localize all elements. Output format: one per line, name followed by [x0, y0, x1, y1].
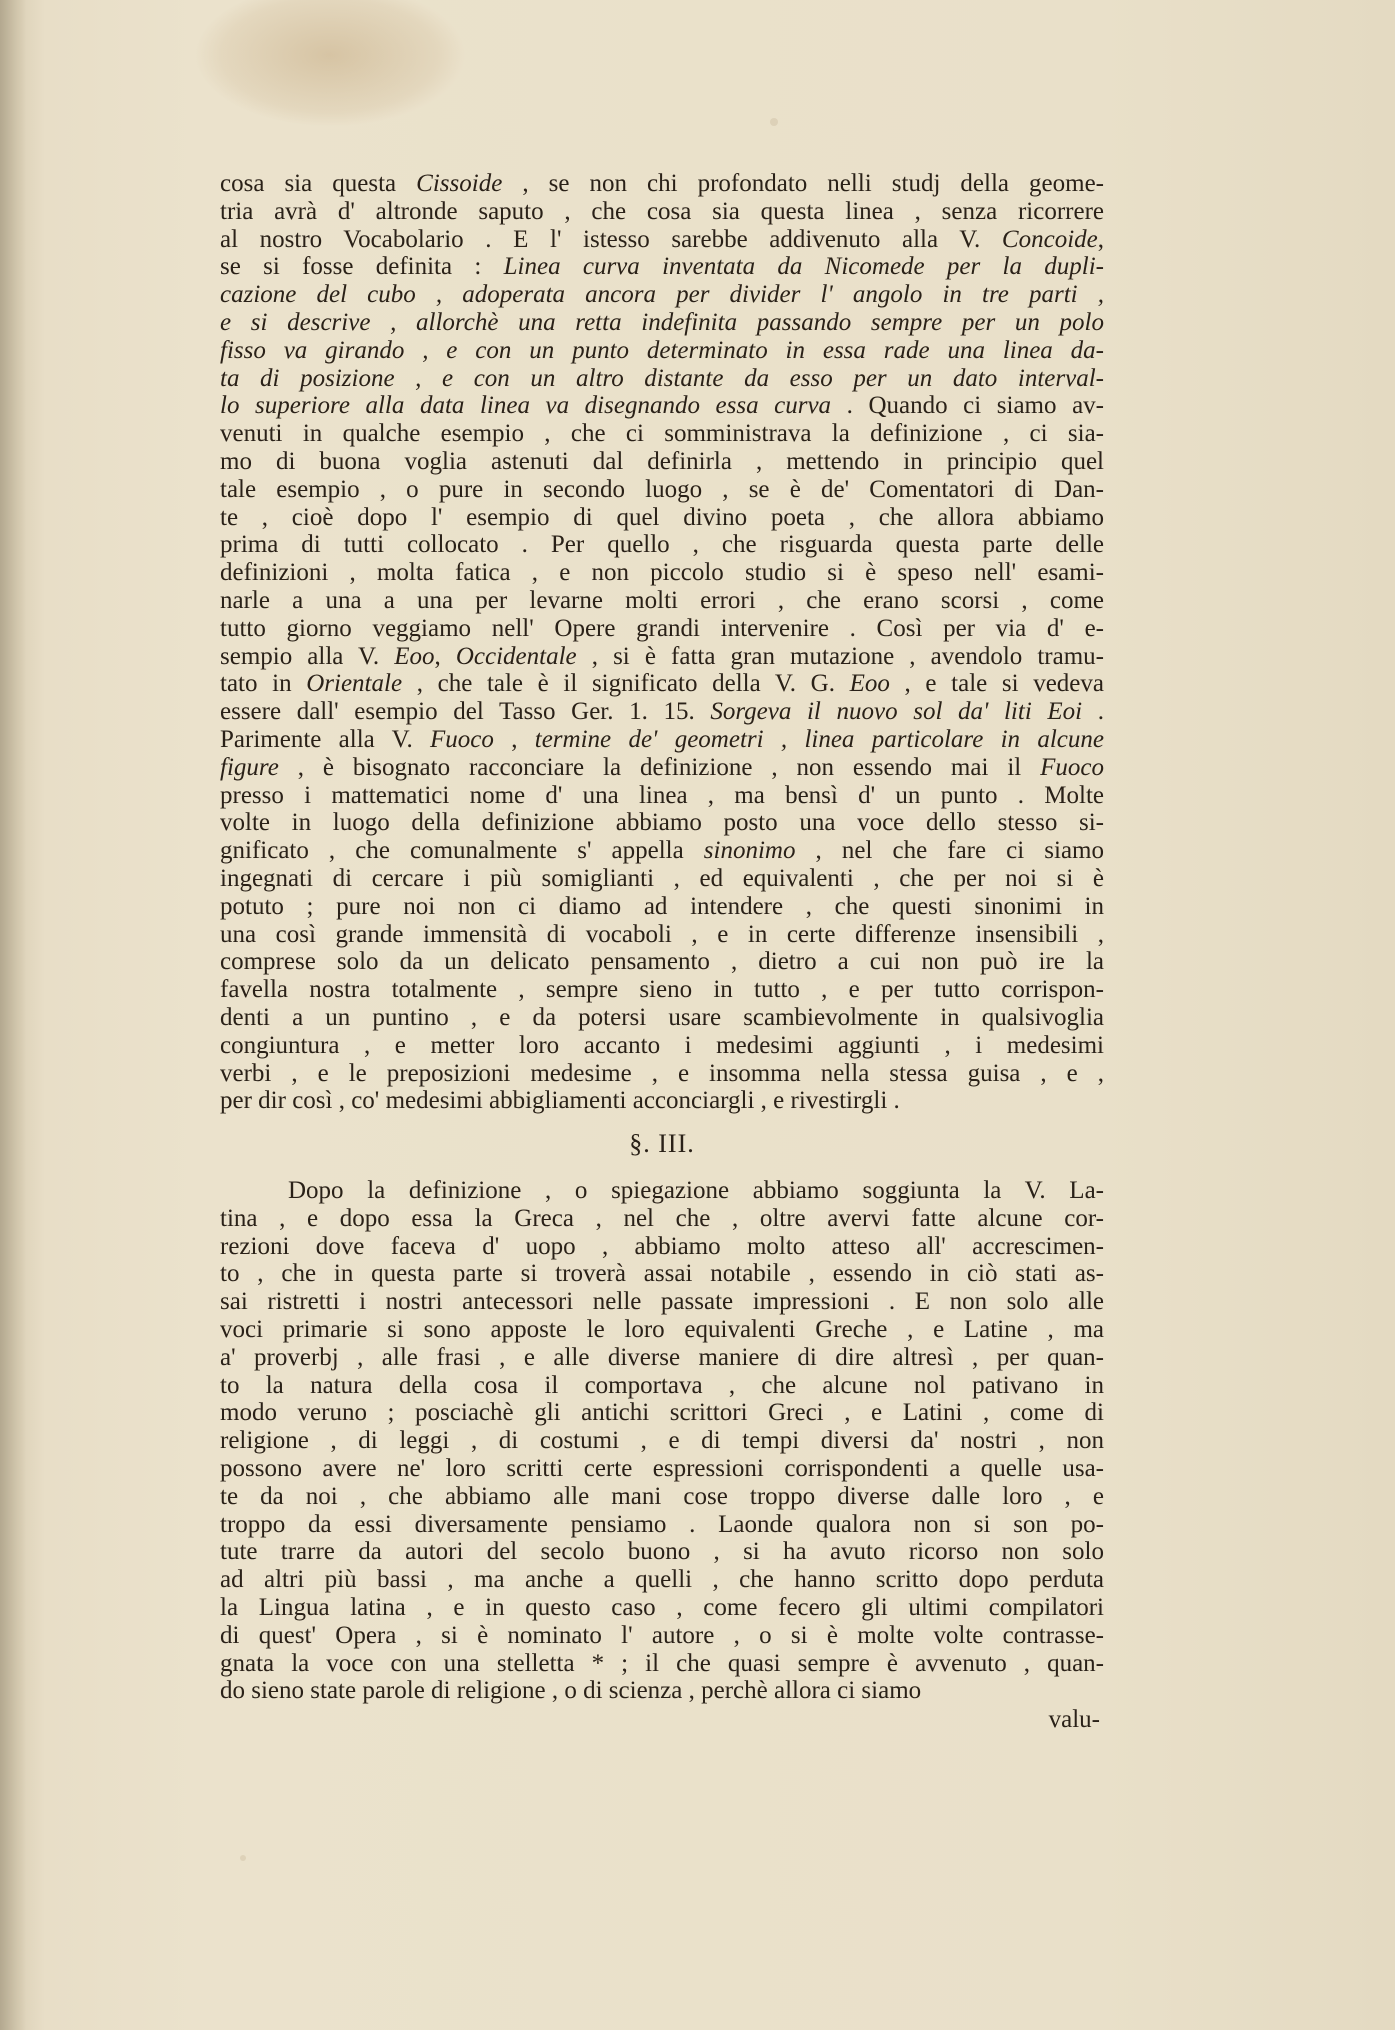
text-line: denti a un puntino , e da potersi usare … [220, 1004, 1104, 1032]
paragraph-section-3: Dopo la definizione , o spiegazione abbi… [220, 1177, 1104, 1705]
text-line: tale esempio , o pure in secondo luogo ,… [220, 476, 1104, 504]
italic-text: Fuoco [1040, 754, 1104, 781]
text-run: a' proverbj , alle frasi , e alle divers… [220, 1344, 1104, 1371]
text-line: ad altri più bassi , ma anche a quelli ,… [220, 1566, 1104, 1594]
text-line: narle a una a una per levarne molti erro… [220, 587, 1104, 615]
text-run: do sieno state parole di religione , o d… [220, 1677, 921, 1704]
text-run: , [435, 643, 456, 670]
text-line: a' proverbj , alle frasi , e alle divers… [220, 1344, 1104, 1372]
italic-text: Eoo [394, 643, 434, 670]
text-line: voci primarie si sono apposte le loro eq… [220, 1316, 1104, 1344]
text-line: e si descrive , allorchè una retta indef… [220, 309, 1104, 337]
text-line: sempio alla V. Eoo, Occidentale , si è f… [220, 643, 1104, 671]
text-line: tutto giorno veggiamo nell' Opere grandi… [220, 615, 1104, 643]
text-line: tina , e dopo essa la Greca , nel che , … [220, 1205, 1104, 1233]
text-line: do sieno state parole di religione , o d… [220, 1677, 1104, 1705]
text-line: gnata la voce con una stelletta * ; il c… [220, 1650, 1104, 1678]
text-line: ta di posizione , e con un altro distant… [220, 365, 1104, 393]
text-run: tale esempio , o pure in secondo luogo ,… [220, 476, 1104, 503]
text-line: la Lingua latina , e in questo caso , co… [220, 1594, 1104, 1622]
text-run: mo di buona voglia astenuti dal definirl… [220, 448, 1104, 475]
text-line: to la natura della cosa il comportava , … [220, 1372, 1104, 1400]
text-line: gnificato , che comunalmente s' appella … [220, 837, 1104, 865]
text-run: sempio alla V. [220, 643, 394, 670]
text-line: sai ristretti i nostri antecessori nelle… [220, 1288, 1104, 1316]
text-run: rezioni dove faceva d' uopo , abbiamo mo… [220, 1233, 1104, 1260]
binding-edge [0, 0, 26, 2030]
text-run: gnata la voce con una stelletta * ; il c… [220, 1650, 1104, 1677]
italic-text: ta di posizione , e con un altro distant… [220, 365, 1104, 392]
text-line: Dopo la definizione , o spiegazione abbi… [220, 1177, 1104, 1205]
text-run: modo veruno ; posciachè gli antichi scri… [220, 1399, 1104, 1426]
text-run: tute trarre da autori del secolo buono ,… [220, 1538, 1104, 1565]
text-run: tina , e dopo essa la Greca , nel che , … [220, 1205, 1104, 1232]
text-run: to la natura della cosa il comportava , … [220, 1372, 1104, 1399]
catchword: valu- [220, 1705, 1104, 1735]
text-run: potuto ; pure noi non ci diamo ad intend… [220, 893, 1104, 920]
text-run: , che tale è il significato della V. G. [402, 670, 850, 697]
text-run: definizioni , molta fatica , e non picco… [220, 559, 1104, 586]
foxing-spot [240, 1855, 246, 1861]
text-run: . Quando ci siamo av- [831, 392, 1104, 419]
text-run: sai ristretti i nostri antecessori nelle… [220, 1288, 1104, 1315]
italic-text: termine de' geometri , linea particolare… [535, 726, 1104, 753]
text-run: al nostro Vocabolario . E l' istesso sar… [220, 226, 1002, 253]
text-line: te , cioè dopo l' esempio di quel divino… [220, 504, 1104, 532]
text-run: per dir così , co' medesimi abbigliament… [220, 1087, 900, 1114]
text-run: congiuntura , e metter loro accanto i me… [220, 1032, 1104, 1059]
text-run: la Lingua latina , e in questo caso , co… [220, 1594, 1104, 1621]
text-run: favella nostra totalmente , sempre sieno… [220, 976, 1104, 1003]
text-line: ingegnati di cercare i più somiglianti ,… [220, 865, 1104, 893]
italic-text: e si descrive , allorchè una retta indef… [220, 309, 1104, 336]
text-run: , è bisognato racconciare la definizione… [279, 754, 1040, 781]
text-line: prima di tutti collocato . Per quello , … [220, 531, 1104, 559]
text-run: possono avere ne' loro scritti certe esp… [220, 1455, 1104, 1482]
text-line: figure , è bisognato racconciare la defi… [220, 754, 1104, 782]
paragraph-definitions: cosa sia questa Cissoide , se non chi pr… [220, 170, 1104, 1115]
italic-text: Fuoco [430, 726, 494, 753]
text-run: essere dall' esempio del Tasso Ger. 1. 1… [220, 698, 710, 725]
text-run: , si è fatta gran mutazione , avendolo t… [577, 643, 1104, 670]
text-line: troppo da essi diversamente pensiamo . L… [220, 1511, 1104, 1539]
text-run: tutto giorno veggiamo nell' Opere grandi… [220, 615, 1104, 642]
text-line: se si fosse definita : Linea curva inven… [220, 253, 1104, 281]
text-run: , se non chi profondato nelli studj dell… [502, 170, 1104, 197]
text-run: , nel che fare ci siamo [795, 837, 1104, 864]
text-run: di quest' Opera , si è nominato l' autor… [220, 1622, 1104, 1649]
italic-text: figure [220, 754, 279, 781]
text-line: venuti in qualche esempio , che ci sommi… [220, 420, 1104, 448]
italic-text: Orientale [306, 670, 402, 697]
text-line: lo superiore alla data linea va disegnan… [220, 392, 1104, 420]
text-line: modo veruno ; posciachè gli antichi scri… [220, 1399, 1104, 1427]
text-run: voci primarie si sono apposte le loro eq… [220, 1316, 1104, 1343]
foxing-spot [770, 118, 778, 126]
text-run: ad altri più bassi , ma anche a quelli ,… [220, 1566, 1104, 1593]
italic-text: Linea curva inventata da Nicomede per la… [504, 253, 1104, 280]
text-run: narle a una a una per levarne molti erro… [220, 587, 1104, 614]
text-run: comprese solo da un delicato pensamento … [220, 948, 1104, 975]
text-line: tute trarre da autori del secolo buono ,… [220, 1538, 1104, 1566]
text-run: Parimente alla V. [220, 726, 430, 753]
text-run: verbi , e le preposizioni medesime , e i… [220, 1060, 1104, 1087]
text-run: , e tale si vedeva [890, 670, 1104, 697]
text-line: cosa sia questa Cissoide , se non chi pr… [220, 170, 1104, 198]
text-run: denti a un puntino , e da potersi usare … [220, 1004, 1104, 1031]
text-line: religione , di leggi , di costumi , e di… [220, 1427, 1104, 1455]
text-run: te , cioè dopo l' esempio di quel divino… [220, 504, 1104, 531]
text-line: mo di buona voglia astenuti dal definirl… [220, 448, 1104, 476]
text-line: te da noi , che abbiamo alle mani cose t… [220, 1483, 1104, 1511]
italic-text: Eoo [850, 670, 890, 697]
text-run: presso i mattematici nome d' una linea ,… [220, 782, 1104, 809]
text-line: al nostro Vocabolario . E l' istesso sar… [220, 226, 1104, 254]
text-run: , [1098, 226, 1104, 253]
page-text: cosa sia questa Cissoide , se non chi pr… [220, 170, 1104, 1735]
italic-text: Cissoide [416, 170, 502, 197]
text-run: Dopo la definizione , o spiegazione abbi… [288, 1177, 1104, 1204]
text-line: essere dall' esempio del Tasso Ger. 1. 1… [220, 698, 1104, 726]
text-line: potuto ; pure noi non ci diamo ad intend… [220, 893, 1104, 921]
text-run: . [1082, 698, 1104, 725]
italic-text: Concoide [1002, 226, 1098, 253]
text-run: venuti in qualche esempio , che ci sommi… [220, 420, 1104, 447]
text-run: tato in [220, 670, 306, 697]
text-line: rezioni dove faceva d' uopo , abbiamo mo… [220, 1233, 1104, 1261]
italic-text: cazione del cubo , adoperata ancora per … [220, 281, 1104, 308]
text-line: per dir così , co' medesimi abbigliament… [220, 1087, 1104, 1115]
text-line: di quest' Opera , si è nominato l' autor… [220, 1622, 1104, 1650]
text-line: possono avere ne' loro scritti certe esp… [220, 1455, 1104, 1483]
italic-text: lo superiore alla data linea va disegnan… [220, 392, 831, 419]
text-line: fisso va girando , e con un punto determ… [220, 337, 1104, 365]
text-line: definizioni , molta fatica , e non picco… [220, 559, 1104, 587]
text-line: tria avrà d' altronde saputo , che cosa … [220, 198, 1104, 226]
section-heading: §. III. [220, 1121, 1104, 1167]
text-run: se si fosse definita : [220, 253, 504, 280]
text-run: tria avrà d' altronde saputo , che cosa … [220, 198, 1104, 225]
text-line: Parimente alla V. Fuoco , termine de' ge… [220, 726, 1104, 754]
text-line: congiuntura , e metter loro accanto i me… [220, 1032, 1104, 1060]
text-line: comprese solo da un delicato pensamento … [220, 948, 1104, 976]
text-line: cazione del cubo , adoperata ancora per … [220, 281, 1104, 309]
text-run: ingegnati di cercare i più somiglianti ,… [220, 865, 1104, 892]
text-line: presso i mattematici nome d' una linea ,… [220, 782, 1104, 810]
text-run: gnificato , che comunalmente s' appella [220, 837, 704, 864]
text-line: volte in luogo della definizione abbiamo… [220, 809, 1104, 837]
text-run: volte in luogo della definizione abbiamo… [220, 809, 1104, 836]
italic-text: sinonimo [704, 837, 796, 864]
text-line: to , che in questa parte si troverà assa… [220, 1260, 1104, 1288]
text-run: troppo da essi diversamente pensiamo . L… [220, 1511, 1104, 1538]
text-line: verbi , e le preposizioni medesime , e i… [220, 1060, 1104, 1088]
text-run: una così grande immensità di vocaboli , … [220, 921, 1104, 948]
text-run: cosa sia questa [220, 170, 416, 197]
italic-text: fisso va girando , e con un punto determ… [220, 337, 1104, 364]
text-run: te da noi , che abbiamo alle mani cose t… [220, 1483, 1104, 1510]
book-page: cosa sia questa Cissoide , se non chi pr… [0, 0, 1395, 2030]
text-run: , [494, 726, 535, 753]
text-line: tato in Orientale , che tale è il signif… [220, 670, 1104, 698]
italic-text: Sorgeva il nuovo sol da' liti Eoi [710, 698, 1082, 725]
text-run: to , che in questa parte si troverà assa… [220, 1260, 1104, 1287]
italic-text: Occidentale [456, 643, 577, 670]
text-run: prima di tutti collocato . Per quello , … [220, 531, 1104, 558]
text-run: religione , di leggi , di costumi , e di… [220, 1427, 1104, 1454]
text-line: favella nostra totalmente , sempre sieno… [220, 976, 1104, 1004]
text-line: una così grande immensità di vocaboli , … [220, 921, 1104, 949]
